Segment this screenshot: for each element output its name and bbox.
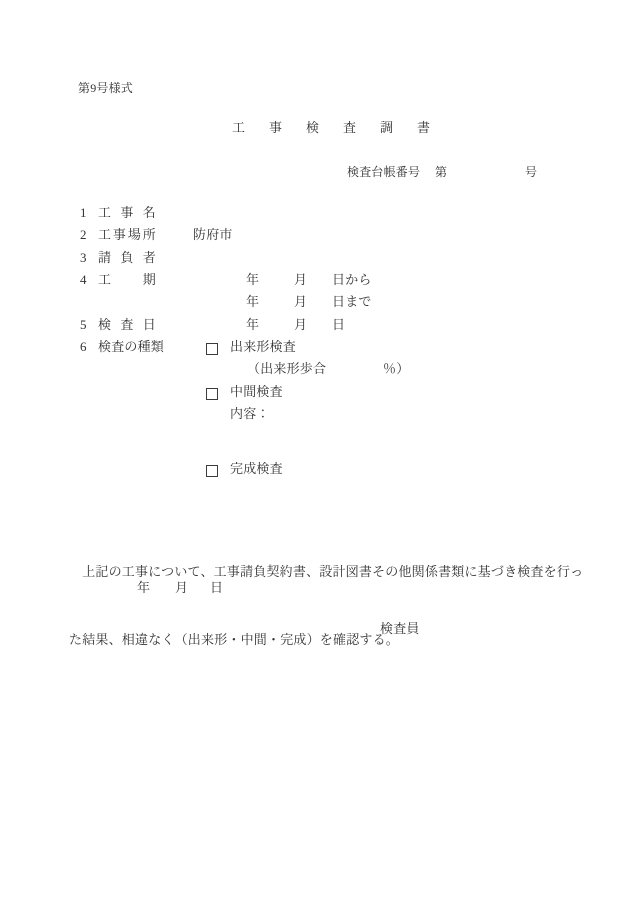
item-1-label-construction-name: 工事名 <box>98 205 156 221</box>
completion-inspection-label: 完成検査 <box>230 461 283 477</box>
confirmation-statement: 上記の工事について、工事請負契約書、設計図書その他関係書類に基づき検査を行っ た… <box>69 516 569 696</box>
item-6-label-inspection-type: 検査の種類 <box>98 339 164 355</box>
item-6-number: 6 <box>80 339 90 355</box>
period-until-year-label: 年 <box>246 294 259 310</box>
item-2-label-construction-site: 工事場所 <box>98 227 156 243</box>
period-from-day-label: 日から <box>332 272 372 288</box>
item-2-value-city: 防府市 <box>193 227 233 243</box>
inspection-month-label: 月 <box>294 317 307 333</box>
item-1-number: 1 <box>80 205 90 221</box>
inspection-day-label: 日 <box>332 317 345 333</box>
item-5-number: 5 <box>80 317 90 333</box>
period-from-month-label: 月 <box>294 272 307 288</box>
footer-day-label: 日 <box>210 580 223 596</box>
checkbox-interim-inspection[interactable] <box>206 388 218 400</box>
interim-inspection-label: 中間検査 <box>230 384 283 400</box>
footer-year-label: 年 <box>137 580 150 596</box>
interim-content-label: 内容： <box>230 406 270 422</box>
ledger-number-label: 検査台帳番号 <box>347 164 420 180</box>
dekigata-percentage-close-label: ％） <box>383 361 409 377</box>
confirmation-statement-line-2: た結果、相違なく（出来形・中間・完成）を確認する。 <box>69 629 569 652</box>
item-3-number: 3 <box>80 250 90 266</box>
period-from-year-label: 年 <box>246 272 259 288</box>
item-2-number: 2 <box>80 227 90 243</box>
dekigata-inspection-label: 出来形検査 <box>230 339 296 355</box>
checkbox-dekigata-inspection[interactable] <box>206 343 218 355</box>
page-title: 工 事 検 査 調 書 <box>232 120 436 136</box>
inspector-label: 検査員 <box>380 621 420 637</box>
item-4-number: 4 <box>80 272 90 288</box>
ledger-number-prefix: 第 <box>435 164 447 180</box>
period-until-day-label: 日まで <box>332 294 372 310</box>
form-number: 第9号様式 <box>78 80 133 96</box>
footer-month-label: 月 <box>175 580 188 596</box>
period-until-month-label: 月 <box>294 294 307 310</box>
checkbox-completion-inspection[interactable] <box>206 465 218 477</box>
item-5-label-inspection-date: 検査日 <box>98 317 156 333</box>
item-3-label-contractor: 請負者 <box>98 250 156 266</box>
inspection-year-label: 年 <box>246 317 259 333</box>
item-4-label-period: 工期 <box>98 272 156 288</box>
dekigata-percentage-open-label: （出来形歩合 <box>247 361 326 377</box>
document-page: 第9号様式 工 事 検 査 調 書 検査台帳番号 第 号 1 工事名 2 工事場… <box>0 0 630 903</box>
ledger-number-suffix: 号 <box>525 164 537 180</box>
